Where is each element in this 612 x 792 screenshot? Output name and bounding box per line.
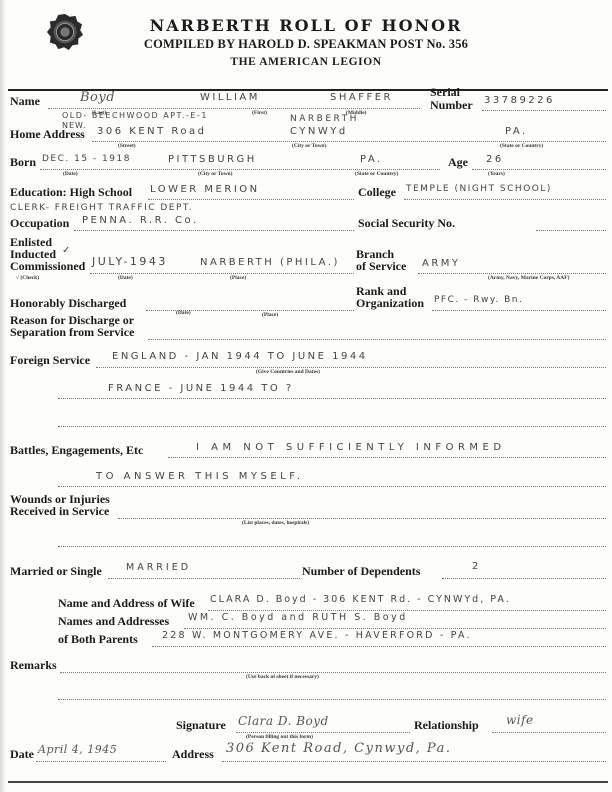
name-first-value[interactable]: WILLIAM (200, 92, 260, 103)
caption-street: (Street) (118, 143, 136, 149)
date-value[interactable]: April 4, 1945 (38, 743, 117, 756)
parents-label-1: Names and Addresses (58, 614, 169, 629)
serial-number-value[interactable]: 33789226 (484, 95, 555, 106)
address-line (222, 761, 606, 762)
caption-birth-city: (City or Town) (198, 171, 232, 177)
date-label: Date (10, 747, 34, 762)
serial-line (482, 110, 606, 111)
enlist-place-value[interactable]: NARBERTH (PHILA.) (200, 257, 340, 268)
caption-use-back: (Use back of sheet if necessary) (246, 674, 319, 680)
footer-rule (8, 781, 608, 783)
birth-state-value[interactable]: PA. (360, 154, 383, 165)
parents-line-2 (152, 646, 606, 647)
ssn-label: Social Security No. (358, 216, 455, 231)
rank-value[interactable]: PFC. - Rwy. Bn. (434, 295, 523, 305)
battles-label: Battles, Engagements, Etc (10, 443, 143, 458)
relationship-value[interactable]: wife (506, 713, 534, 727)
street-value[interactable]: 306 KENT Road (97, 126, 207, 137)
name-label: Name (10, 94, 40, 109)
birth-date-value[interactable]: DEC. 15 - 1918 (42, 154, 131, 164)
married-label: Married or Single (10, 564, 102, 579)
compiled-by: COMPILED BY HAROLD D. SPEAKMAN POST No. … (0, 37, 612, 52)
ssn-line (536, 230, 606, 231)
name-middle-value[interactable]: SHAFFER (330, 92, 393, 103)
caption-enlist-place: (Place) (230, 275, 246, 281)
serial-label: Serial (430, 86, 460, 98)
relationship-line (492, 732, 606, 733)
college-label: College (358, 185, 396, 200)
caption-birth-state: (State or Country) (355, 171, 398, 177)
wife-label: Name and Address of Wife (58, 596, 195, 611)
age-label: Age (448, 155, 468, 170)
organization-label: Organization (356, 296, 424, 311)
age-line (472, 169, 606, 170)
battles-line-1 (168, 457, 606, 458)
branch-line (418, 273, 606, 274)
city-value[interactable]: CYNWYd (290, 126, 348, 137)
marital-status-value[interactable]: MARRIED (126, 562, 191, 573)
wounds-line-1 (118, 518, 606, 519)
parents-line-1 (184, 628, 606, 629)
wounds-line-2 (58, 546, 606, 547)
caption-first: (First) (252, 110, 267, 116)
signature-value[interactable]: Clara D. Boyd (238, 714, 329, 728)
caption-person-filling: (Person filling out this form) (246, 734, 313, 740)
parents-label-2: of Both Parents (58, 632, 138, 647)
caption-enlist-date: (Date) (118, 275, 133, 281)
foreign-service-value-2[interactable]: FRANCE - JUNE 1944 TO ? (108, 383, 294, 394)
home-address-label: Home Address (10, 127, 85, 142)
caption-list-places: (List places, dates, hospitals) (242, 520, 309, 526)
dependents-value[interactable]: 2 (472, 561, 481, 572)
foreign-line-3 (58, 426, 606, 427)
dependents-line (442, 578, 606, 579)
old-city-value[interactable]: NARBERTH (290, 114, 359, 124)
parents-names-value[interactable]: WM. C. Boyd and RUTH S. Boyd (188, 612, 408, 623)
enlist-date-value[interactable]: JULY-1943 (92, 255, 168, 268)
signature-label: Signature (176, 718, 226, 733)
name-last-value[interactable]: Boyd (80, 90, 115, 105)
born-label: Born (10, 155, 36, 170)
inducted-checkmark[interactable]: ✓ (62, 245, 70, 256)
battles-value-1[interactable]: I AM NOT SUFFICIENTLY INFORMED (196, 442, 506, 453)
of-service-label: of Service (356, 259, 406, 274)
foreign-service-label: Foreign Service (10, 353, 90, 368)
branch-value[interactable]: ARMY (422, 258, 461, 269)
caption-discharge-place: (Place) (262, 312, 278, 318)
caption-check: √ (Check) (16, 275, 39, 281)
name-line (48, 108, 420, 109)
occupation-value[interactable]: PENNA. R.R. Co. (82, 215, 199, 226)
address-value[interactable]: 306 Kent Road, Cynwyd, Pa. (226, 741, 451, 756)
form-header: NARBERTH ROLL OF HONOR COMPILED BY HAROL… (0, 8, 612, 68)
education-label: Education: High School (10, 185, 132, 200)
remarks-label: Remarks (10, 658, 57, 673)
high-school-value[interactable]: LOWER MERION (150, 184, 260, 195)
caption-discharge-date: (Date) (176, 310, 191, 316)
form-title: NARBERTH ROLL OF HONOR (0, 16, 612, 35)
married-line (108, 578, 300, 579)
rank-line (432, 310, 606, 311)
date-line (36, 761, 166, 762)
occupation-label: Occupation (10, 216, 69, 231)
caption-birth-date: (Date) (63, 171, 78, 177)
birth-city-value[interactable]: PITTSBURGH (168, 154, 257, 165)
caption-city: (City or Town) (292, 143, 326, 149)
caption-give-countries: (Give Countries and Dates) (256, 369, 320, 375)
relationship-label: Relationship (414, 718, 479, 733)
foreign-service-value-1[interactable]: ENGLAND - JAN 1944 TO JUNE 1944 (112, 351, 368, 362)
reason-label-2: Separation from Service (10, 325, 134, 340)
signature-line (236, 732, 410, 733)
enlist-line (90, 273, 354, 274)
age-value[interactable]: 26 (486, 154, 504, 165)
high-school-line (148, 199, 354, 200)
remarks-line-1 (60, 672, 606, 673)
college-line (404, 199, 606, 200)
occupation-line (74, 230, 354, 231)
wife-value[interactable]: CLARA D. Boyd - 306 KENT Rd. - CYNWYd, P… (210, 594, 511, 605)
college-value[interactable]: TEMPLE (NIGHT SCHOOL) (406, 184, 552, 194)
wife-line (208, 610, 606, 611)
foreign-line-1 (96, 367, 606, 368)
discharged-label: Honorably Discharged (10, 296, 126, 311)
born-line (40, 169, 440, 170)
caption-branches: (Army, Navy, Marine Corps, AAF) (488, 275, 569, 281)
battles-value-2[interactable]: TO ANSWER THIS MYSELF. (96, 471, 304, 482)
caption-years: (Years) (488, 171, 505, 177)
occupation-detail-value[interactable]: CLERK- FREIGHT TRAFFIC DEPT. (10, 203, 193, 213)
home-address-line (92, 141, 606, 142)
old-address-value[interactable]: OLD- BEECHWOOD APT.-E-1 (62, 111, 208, 120)
caption-state: (State or Country) (500, 143, 543, 149)
wounds-label-2: Received in Service (10, 504, 109, 519)
commissioned-label: Commissioned (10, 259, 85, 274)
roll-of-honor-form: NARBERTH ROLL OF HONOR COMPILED BY HAROL… (0, 0, 612, 792)
address-label: Address (172, 747, 214, 762)
parents-address-value[interactable]: 228 W. MONTGOMERY AVE. - HAVERFORD - PA. (162, 630, 472, 641)
reason-line (148, 339, 606, 340)
foreign-line-2 (58, 398, 606, 399)
dependents-label: Number of Dependents (302, 564, 420, 579)
battles-line-2 (58, 486, 606, 487)
remarks-line-2 (58, 699, 606, 700)
state-value[interactable]: PA. (505, 126, 528, 137)
organization-name: THE AMERICAN LEGION (0, 56, 612, 68)
scan-edge-shadow (0, 0, 6, 792)
number-label: Number (430, 98, 473, 113)
